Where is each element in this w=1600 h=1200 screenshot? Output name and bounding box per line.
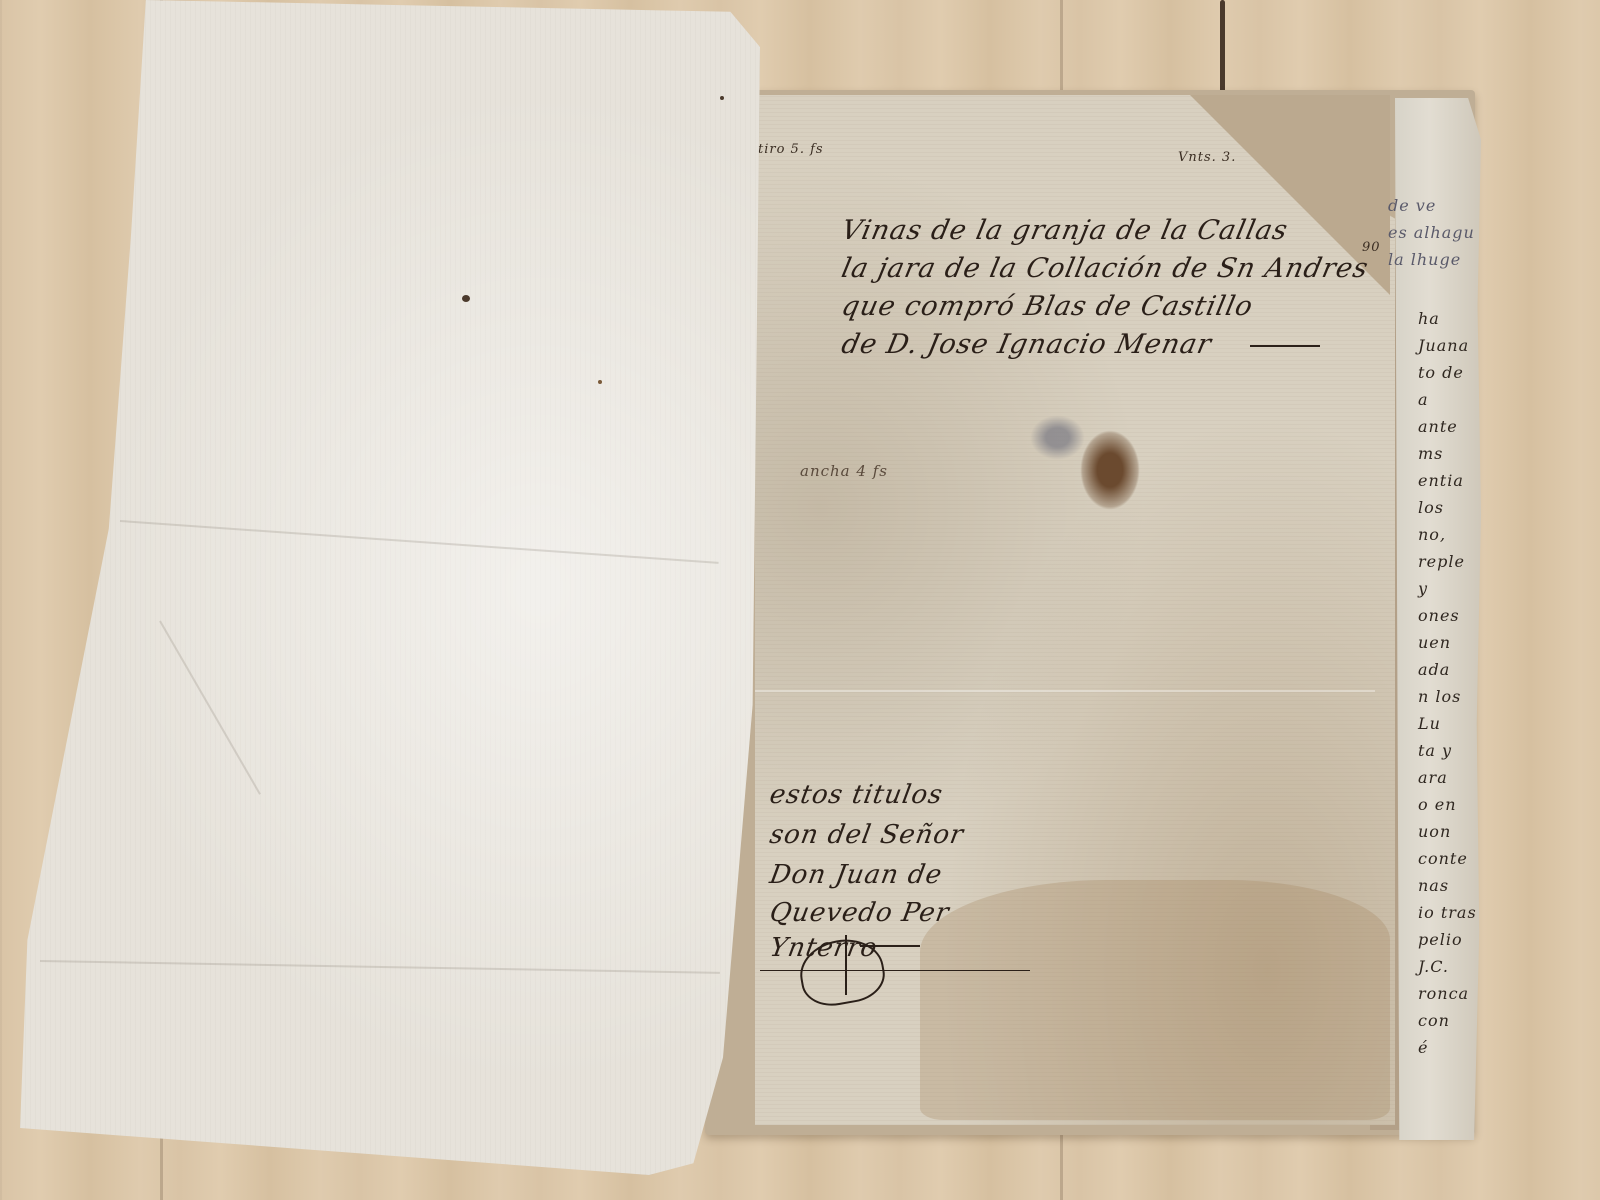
strip-line: ante [1418,413,1477,440]
strip-line: uon [1418,818,1477,845]
page-fold-line [755,690,1375,692]
title-line: la jara de la Collación de Sn Andres [838,250,1372,288]
strip-line: los [1418,494,1477,521]
strip-line: ones [1418,602,1477,629]
strip-line: la lhuge [1388,246,1475,273]
folio-mark-right: Vnts. 3. [1178,150,1236,165]
strip-line: uen [1418,629,1477,656]
ink-blot [1080,430,1140,510]
strip-line: y [1418,575,1477,602]
strip-line: ara [1418,764,1477,791]
grey-blot [1030,415,1085,460]
strip-line: pelio [1418,926,1477,953]
strip-line: reple [1418,548,1477,575]
title-line: Vinas de la granja de la Callas [838,212,1292,250]
note-line: Don Juan de [766,855,945,895]
folio-mark-left: tiro 5. fs [758,142,824,157]
strip-line: nas [1418,872,1477,899]
ink-speck [462,295,470,302]
strip-line: J.C. [1418,953,1477,980]
strip-text: ha Juana to de a ante ms entia los no, r… [1418,305,1477,1061]
wood-crack [1220,0,1225,95]
note-line: son del Señor [766,815,967,855]
strip-line: ms [1418,440,1477,467]
strip-text-top: de ve es alhagu la lhuge [1388,192,1475,273]
ink-speck [598,380,602,384]
ink-speck [720,96,724,100]
strip-line: entia [1418,467,1477,494]
title-underline [1250,345,1320,347]
signature-rubric-stem [845,935,847,995]
water-stain [920,880,1390,1120]
strip-line: é [1418,1034,1477,1061]
strip-line: n los [1418,683,1477,710]
strip-line: ronca [1418,980,1477,1007]
strip-line: to de [1418,359,1477,386]
note-line: estos titulos [766,775,946,815]
strip-line: o en [1418,791,1477,818]
strip-line: de ve [1388,192,1475,219]
title-line: que compró Blas de Castillo [838,288,1257,326]
strip-line: a [1418,386,1477,413]
strip-line: ta y [1418,737,1477,764]
faded-margin-note: ancha 4 fs [800,462,888,480]
title-line: de D. Jose Ignacio Menar [838,326,1215,364]
strip-line: es alhagu [1388,219,1475,246]
strip-line: Lu [1418,710,1477,737]
note-line: Quevedo Per [766,893,952,933]
strip-line: conte [1418,845,1477,872]
strip-line: con [1418,1007,1477,1034]
strip-line: ha [1418,305,1477,332]
strip-line: Juana [1418,332,1477,359]
strip-line: no, [1418,521,1477,548]
strip-line: ada [1418,656,1477,683]
blank-left-page[interactable] [20,0,760,1175]
strip-line: io tras [1418,899,1477,926]
